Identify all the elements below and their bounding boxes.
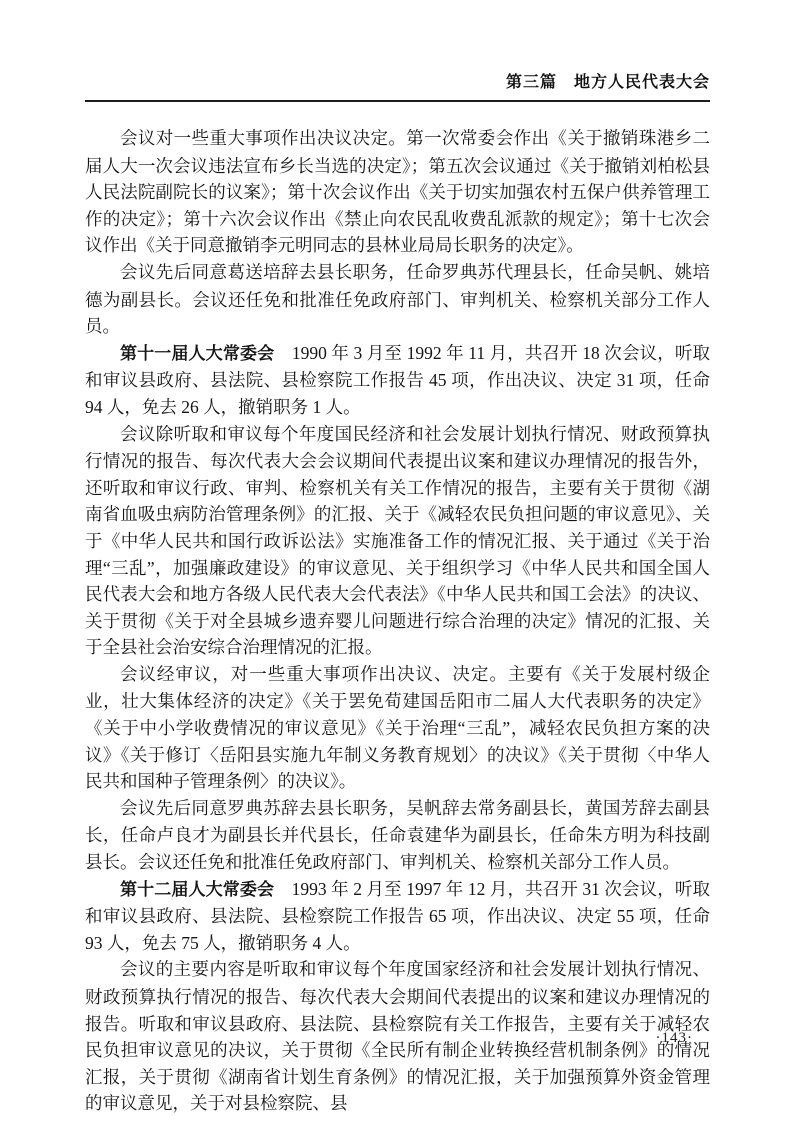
paragraph-text: 会议先后同意葛送培辞去县长职务，任命罗典苏代理县长，任命吴帆、姚培德为副县长。会… [85,262,710,336]
document-page: 第三篇 地方人民代表大会 会议对一些重大事项作出决议决定。第一次常委会作出《关于… [0,0,793,1122]
paragraph: 会议对一些重大事项作出决议决定。第一次常委会作出《关于撤销珠港乡二届人大一次会议… [85,125,710,259]
page-number: ·143· [656,1030,694,1047]
running-head: 第三篇 地方人民代表大会 [85,73,710,100]
paragraph: 会议经审议，对一些重大事项作出决议、决定。主要有《关于发展村级企业，壮大集体经济… [85,661,710,795]
paragraph: 会议的主要内容是听取和审议每个年度国家经济和社会发展计划执行情况、财政预算执行情… [85,956,710,1117]
body-text: 会议对一些重大事项作出决议决定。第一次常委会作出《关于撤销珠港乡二届人大一次会议… [85,125,710,1117]
paragraph-text: 会议对一些重大事项作出决议决定。第一次常委会作出《关于撤销珠港乡二届人大一次会议… [85,128,710,255]
paragraph: 会议除听取和审议每个年度国民经济和社会发展计划执行情况、财政预算执行情况的报告、… [85,421,710,661]
paragraph-text: 会议除听取和审议每个年度国民经济和社会发展计划执行情况、财政预算执行情况的报告、… [85,424,710,658]
paragraph-text: 会议先后同意罗典苏辞去县长职务，吴帆辞去常务副县长，黄国芳辞去副县长，任命卢良才… [85,798,710,872]
paragraph-lead: 第十一届人大常委会 [120,344,274,363]
paragraph: 会议先后同意罗典苏辞去县长职务，吴帆辞去常务副县长，黄国芳辞去副县长，任命卢良才… [85,795,710,876]
paragraph: 第十一届人大常委会 1990 年 3 月至 1992 年 11 月，共召开 18… [85,340,710,421]
header-rule [85,100,710,102]
paragraph: 第十二届人大常委会 1993 年 2 月至 1997 年 12 月，共召开 31… [85,876,710,957]
paragraph-lead: 第十二届人大常委会 [120,880,274,899]
paragraph-text: 会议的主要内容是听取和审议每个年度国家经济和社会发展计划执行情况、财政预算执行情… [85,959,710,1113]
paragraph-text: 会议经审议，对一些重大事项作出决议、决定。主要有《关于发展村级企业，壮大集体经济… [85,664,710,791]
paragraph: 会议先后同意葛送培辞去县长职务，任命罗典苏代理县长，任命吴帆、姚培德为副县长。会… [85,259,710,340]
